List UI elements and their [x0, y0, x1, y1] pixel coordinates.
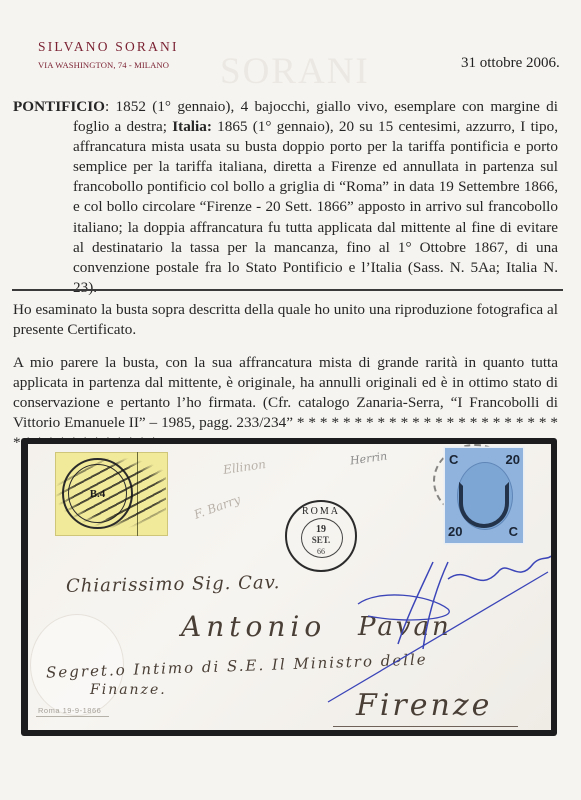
- text-italia: 1865 (1° gennaio), 20 su 15 centesimi, a…: [73, 118, 558, 296]
- examination-paragraph: Ho esaminato la busta sopra descritta de…: [13, 300, 558, 340]
- expert-signature-icon: [28, 444, 551, 730]
- letterhead-name: SILVANO SORANI: [38, 39, 179, 55]
- letterhead-address: VIA WASHINGTON, 74 - MILANO: [38, 60, 169, 70]
- label-italia: Italia:: [172, 118, 212, 135]
- certificate-page: SORANI SILVANO SORANI VIA WASHINGTON, 74…: [0, 0, 581, 800]
- stamp-description: PONTIFICIO: 1852 (1° gennaio), 4 bajocch…: [13, 97, 558, 298]
- watermark-text: SORANI: [220, 50, 370, 93]
- label-pontificio: PONTIFICIO: [13, 98, 105, 115]
- envelope-photo: B.4 C 20 20 C ROMA 19 SET. 66 Ellinon F.…: [28, 444, 551, 730]
- certificate-date: 31 ottobre 2006.: [461, 55, 560, 72]
- section-divider: [12, 289, 563, 291]
